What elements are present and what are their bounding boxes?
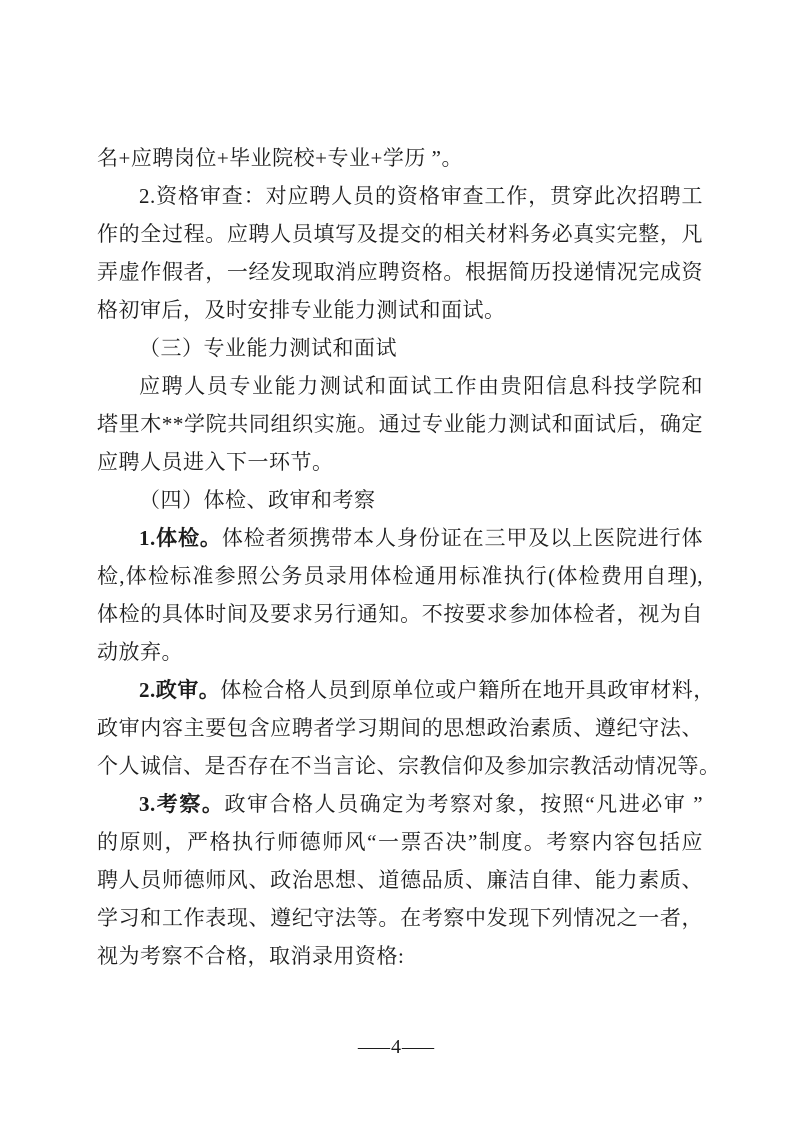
text-line: 名+应聘岗位+毕业院校+专业+学历 ”。 [97,139,703,177]
text-run: 检,体检标准参照公务员录用体检通用标准执行(体检费用自理), [97,564,703,588]
text-run: 视为考察不合格，取消录用资格: [97,944,404,968]
section-heading: （三）专业能力测试和面试 [97,329,703,367]
page-footer: —4— [0,1032,792,1062]
text-line: 1.体检。体检者须携带本人身份证在三甲及以上医院进行体 [97,519,703,557]
text-run: 学习和工作表现、遵纪守法等。在考察中发现下列情况之一者， [97,906,703,930]
text-run: 动放弃。 [97,640,183,664]
heading-text: （三）专业能力测试和面试 [139,336,397,360]
footer-dash-right: — [402,1032,434,1062]
text-line: 体检的具体时间及要求另行通知。不按要求参加体检者，视为自 [97,595,703,633]
text-line: 个人诚信、是否存在不当言论、宗教信仰及参加宗教活动情况等。 [97,747,703,785]
text-run: 的原则，严格执行师德师风“一票否决”制度。考察内容包括应 [97,830,703,854]
text-run: 体检的具体时间及要求另行通知。不按要求参加体检者，视为自 [97,602,703,626]
text-line: 3.考察。政审合格人员确定为考察对象，按照“凡进必审 ” [97,785,703,823]
heading-text: （四）体检、政审和考察 [139,488,376,512]
text-line: 塔里木**学院共同组织实施。通过专业能力测试和面试后，确定 [97,405,703,443]
document-body: 名+应聘岗位+毕业院校+专业+学历 ”。 2.资格审查：对应聘人员的资格审查工作… [97,139,703,975]
text-line: 应聘人员进入下一环节。 [97,443,703,481]
text-run: 体检者须携带本人身份证在三甲及以上医院进行体 [222,526,703,550]
text-run: 弄虚作假者，一经发现取消应聘资格。根据简历投递情况完成资 [97,260,703,284]
text-line: 动放弃。 [97,633,703,671]
text-run: 应聘人员进入下一环节。 [97,450,334,474]
text-run: 个人诚信、是否存在不当言论、宗教信仰及参加宗教活动情况等。 [97,754,721,778]
text-run: 政审内容主要包含应聘者学习期间的思想政治素质、遵纪守法、 [97,716,703,740]
text-line: 格初审后，及时安排专业能力测试和面试。 [97,291,703,329]
text-line: 的原则，严格执行师德师风“一票否决”制度。考察内容包括应 [97,823,703,861]
footer-dash-left: — [358,1032,390,1062]
text-line: 2.政审。体检合格人员到原单位或户籍所在地开具政审材料， [97,671,703,709]
text-line: 应聘人员专业能力测试和面试工作由贵阳信息科技学院和 [97,367,703,405]
text-run: 2.资格审查：对应聘人员的资格审查工作，贯穿此次招聘工 [139,184,703,208]
text-line: 2.资格审查：对应聘人员的资格审查工作，贯穿此次招聘工 [97,177,703,215]
document-page: 名+应聘岗位+毕业院校+专业+学历 ”。 2.资格审查：对应聘人员的资格审查工作… [0,0,792,1121]
text-line: 学习和工作表现、遵纪守法等。在考察中发现下列情况之一者， [97,899,703,937]
bold-run: 1.体检。 [139,526,222,550]
text-line: 检,体检标准参照公务员录用体检通用标准执行(体检费用自理), [97,557,703,595]
text-run: 名+应聘岗位+毕业院校+专业+学历 ”。 [97,146,463,170]
text-line: 政审内容主要包含应聘者学习期间的思想政治素质、遵纪守法、 [97,709,703,747]
bold-run: 2.政审。 [139,678,220,702]
text-line: 聘人员师德师风、政治思想、道德品质、廉洁自律、能力素质、 [97,861,703,899]
text-run: 聘人员师德师风、政治思想、道德品质、廉洁自律、能力素质、 [97,868,703,892]
text-run: 格初审后，及时安排专业能力测试和面试。 [97,298,506,322]
text-run: 作的全过程。应聘人员填写及提交的相关材料务必真实完整，凡 [97,222,703,246]
text-line: 作的全过程。应聘人员填写及提交的相关材料务必真实完整，凡 [97,215,703,253]
text-run: 塔里木**学院共同组织实施。通过专业能力测试和面试后，确定 [97,412,703,436]
section-heading: （四）体检、政审和考察 [97,481,703,519]
bold-run: 3.考察。 [139,792,224,816]
text-run: 体检合格人员到原单位或户籍所在地开具政审材料， [220,678,715,702]
text-run: 政审合格人员确定为考察对象，按照“凡进必审 ” [224,792,703,816]
text-line: 视为考察不合格，取消录用资格: [97,937,703,975]
page-number: 4 [391,1032,401,1062]
text-run: 应聘人员专业能力测试和面试工作由贵阳信息科技学院和 [139,374,703,398]
text-line: 弄虚作假者，一经发现取消应聘资格。根据简历投递情况完成资 [97,253,703,291]
